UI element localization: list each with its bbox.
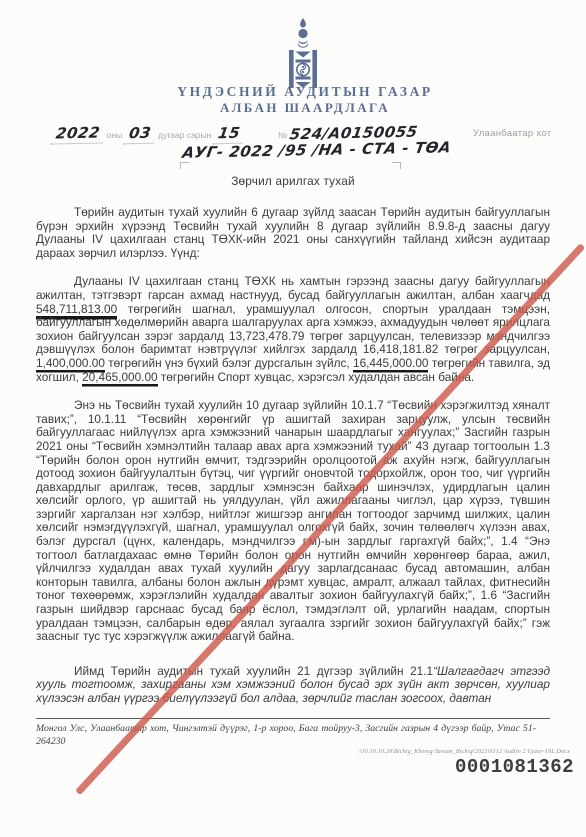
- file-path-note: \\10.10.10.20\Bichig_Khereg\Yawam_Bichig…: [358, 749, 570, 755]
- footer-address: Монгол Улс, Улаанбаатар хот, Чингэлтэй д…: [36, 723, 536, 748]
- pen-underlined-amount: 16,445,000.00: [353, 356, 428, 370]
- paragraph-4: Иймд Төрийн аудитын тухай хуулийн 21 дүг…: [36, 665, 550, 706]
- corner-mark-left: [180, 162, 189, 169]
- document-subject-title: Зөрчил арилгах тухай: [0, 174, 586, 188]
- doc-type-title: АЛБАН ШААРДЛАГА: [12, 100, 586, 116]
- city-label: Улаанбаатар хот: [473, 128, 551, 139]
- handwritten-year: 2022: [50, 123, 105, 144]
- number-sign: №: [278, 130, 287, 140]
- paragraph-1: Төрийн аудитын тухай хуулийн 6 дугаар зү…: [36, 206, 550, 260]
- month-label: дугаар сарын: [158, 130, 211, 140]
- corner-mark-right: [392, 162, 401, 169]
- document-body: Төрийн аудитын тухай хуулийн 6 дугаар зү…: [36, 206, 550, 706]
- org-name: ҮНДЭСНИЙ АУДИТЫН ГАЗАР: [12, 84, 586, 100]
- soyombo-emblem-icon: [285, 18, 321, 90]
- pen-underlined-amount: 1,400,000.00: [36, 356, 105, 370]
- year-label: оны: [107, 130, 123, 140]
- handwritten-ref-code: АУГ- 2022 /95 /НА - СТА - ТӨА: [183, 141, 451, 159]
- handwritten-month: 03: [124, 124, 157, 145]
- pen-underlined-amount: 548,711,813.00: [36, 302, 117, 316]
- pen-underlined-amount: 20,465,000.00: [82, 370, 157, 384]
- stamp-number: 0001081362: [455, 756, 574, 778]
- footer-divider: [36, 718, 550, 719]
- scanned-document-page: ҮНДЭСНИЙ АУДИТЫН ГАЗАР АЛБАН ШААРДЛАГА 2…: [0, 0, 586, 837]
- paragraph-3: Энэ нь Төсвийн тухай хуулийн 10 дугаар з…: [36, 399, 550, 644]
